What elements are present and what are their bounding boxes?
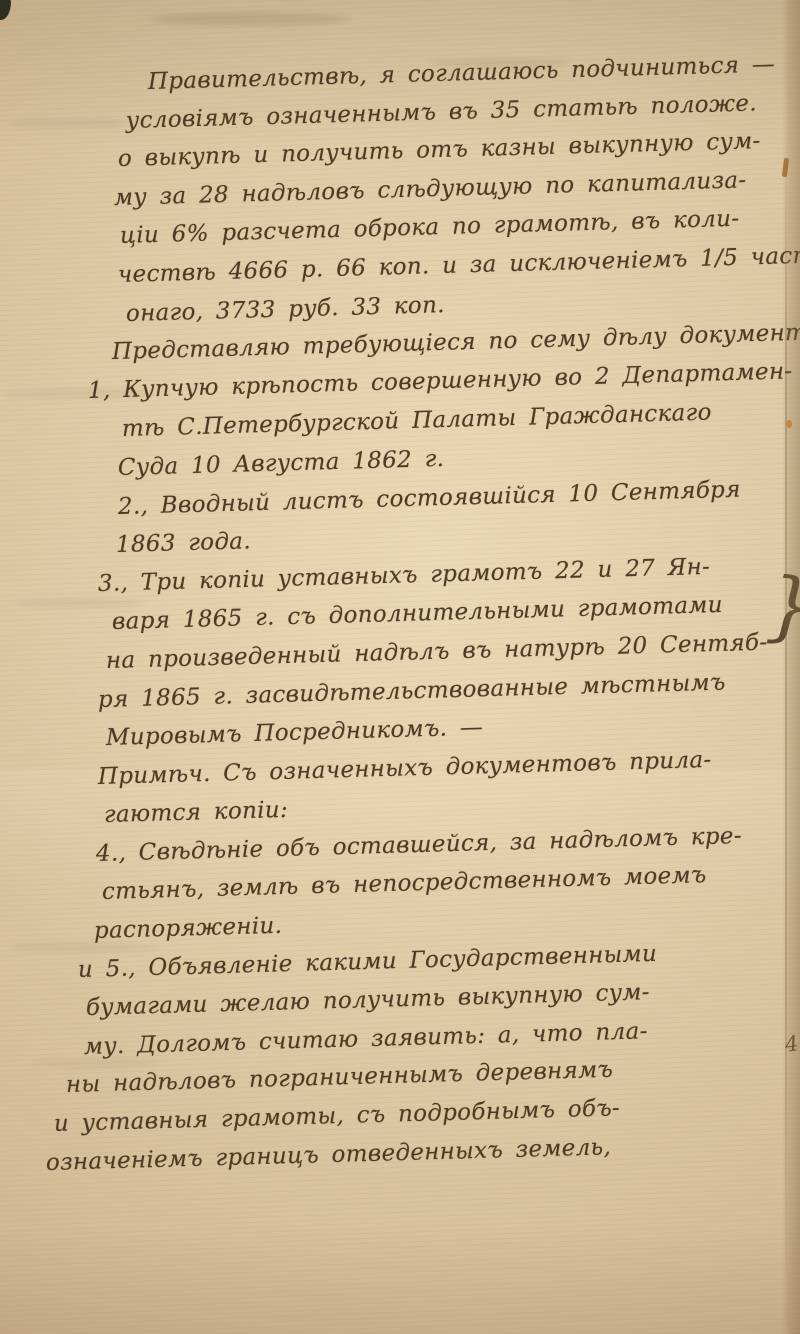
manuscript-text-block: Правительствѣ, я соглашаюсь подчиниться … — [0, 63, 800, 1182]
page-fold-crease — [785, 140, 787, 1290]
corner-dark-mark — [0, 0, 11, 20]
bottom-shadow-band — [0, 1224, 800, 1334]
bleedthrough-mark — [150, 12, 350, 26]
manuscript-page: Правительствѣ, я соглашаюсь подчиниться … — [0, 0, 800, 1334]
foxing-spot — [786, 420, 792, 428]
